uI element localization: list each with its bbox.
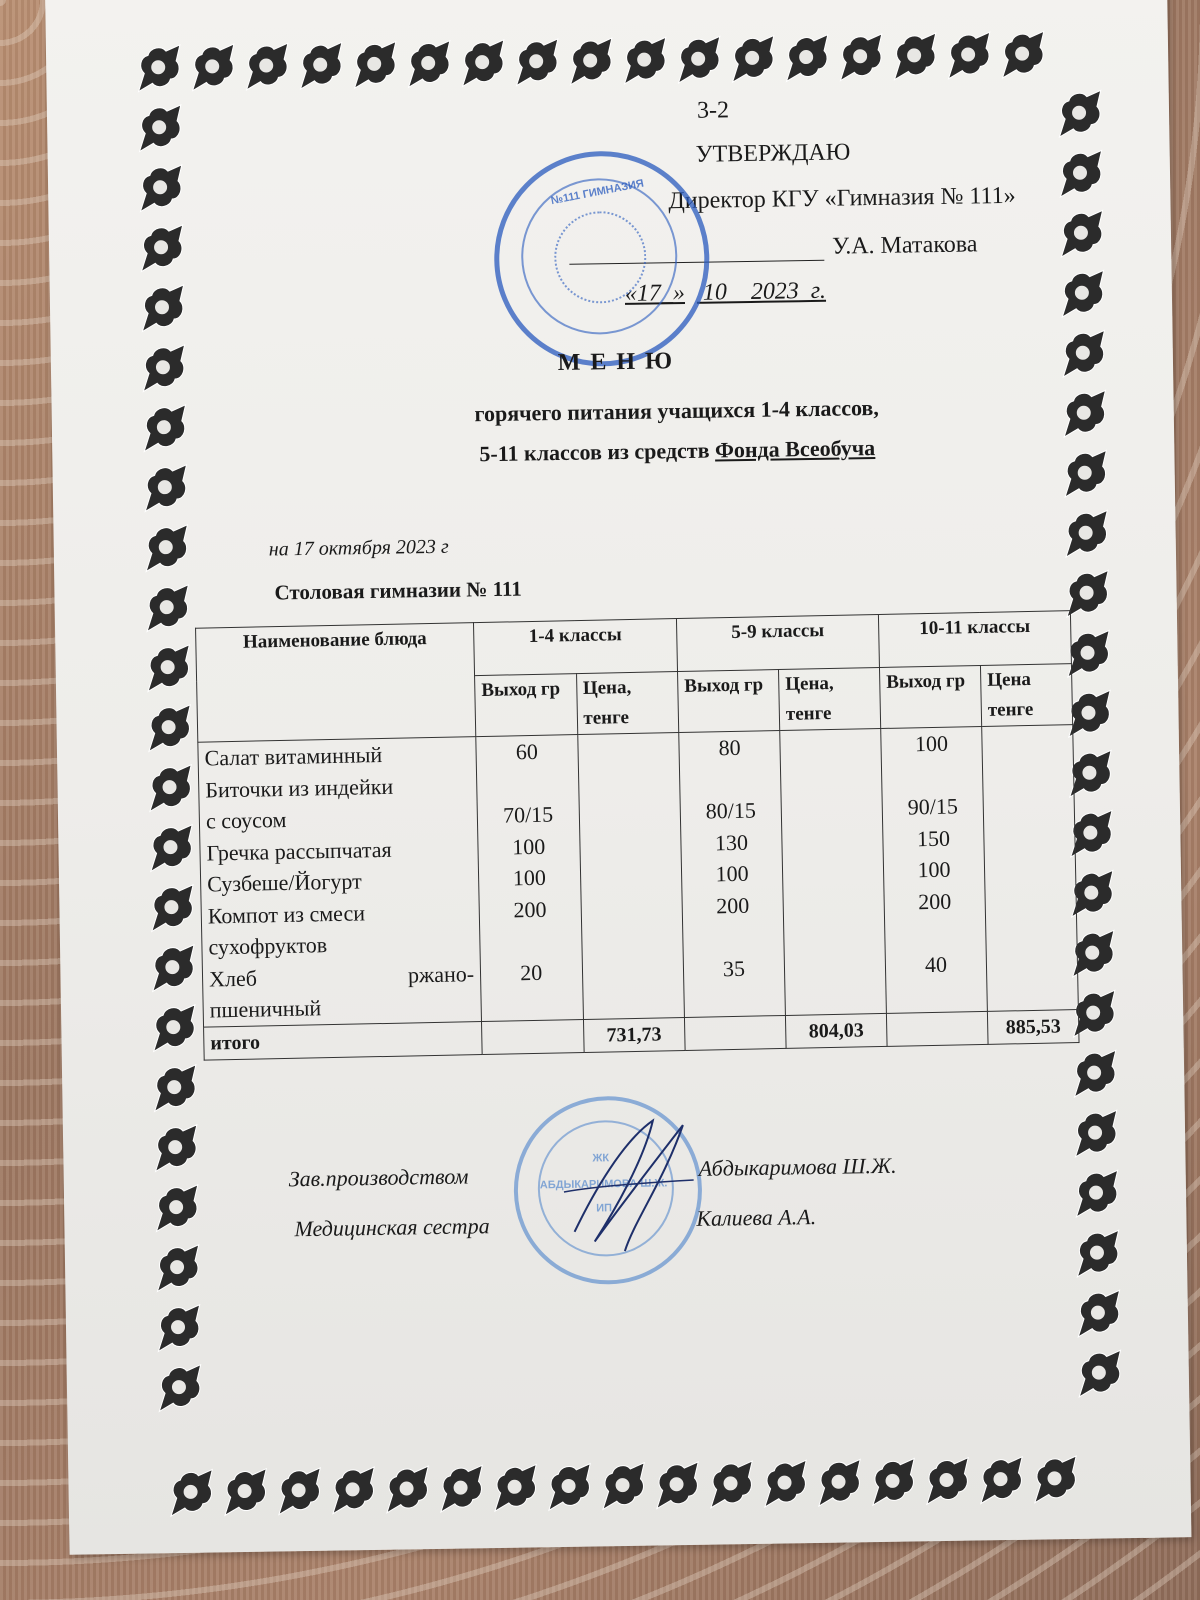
flower-ornament-icon: [784, 33, 831, 84]
flower-ornament-icon: [600, 1461, 647, 1512]
flower-ornament-icon: [460, 38, 507, 89]
flower-ornament-icon: [168, 1468, 215, 1519]
flower-ornament-icon: [144, 583, 191, 634]
canteen-name: Столовая гимназии № 111: [274, 577, 522, 606]
output-values-10-11: 10090/1515010020040: [881, 726, 988, 1012]
flower-ornament-icon: [1076, 1348, 1123, 1399]
dish-names-cell: Салат витаминныйБиточки из индейкис соус…: [198, 737, 482, 1027]
output-value: 100: [484, 830, 573, 863]
flower-ornament-icon: [136, 43, 183, 94]
signature-scribble: [553, 1100, 695, 1262]
dish-name-line: Хлебржано-: [209, 958, 475, 995]
price-header-1-4: Цена, тенге: [576, 672, 679, 735]
price-header-5-9: Цена, тенге: [778, 667, 880, 730]
approval-year-suffix: г.: [811, 278, 826, 304]
flower-ornament-icon: [147, 763, 194, 814]
flower-ornament-icon: [150, 943, 197, 994]
flower-ornament-icon: [139, 223, 186, 274]
group-header-10-11: 10-11 классы: [878, 611, 1071, 668]
flower-ornament-icon: [622, 35, 669, 86]
flower-ornament-icon: [155, 1243, 202, 1294]
flower-ornament-icon: [1000, 29, 1047, 80]
output-value: 80: [685, 731, 774, 764]
total-price-10-11: 885,53: [987, 1009, 1079, 1044]
flower-ornament-icon: [946, 30, 993, 81]
flower-ornament-icon: [892, 31, 939, 82]
menu-subtitle-1: горячего питания учащихся 1-4 классов,: [52, 388, 1200, 434]
output-value: 150: [889, 822, 978, 855]
flower-ornament-icon: [762, 1458, 809, 1509]
menu-date: на 17 октября 2023 г: [269, 536, 449, 562]
flower-ornament-icon: [492, 1462, 539, 1513]
flower-ornament-icon: [190, 42, 237, 93]
flower-ornament-icon: [406, 39, 453, 90]
flower-ornament-icon: [676, 34, 723, 85]
flower-ornament-icon: [146, 703, 193, 754]
ornament-border-bottom: [168, 1454, 1087, 1518]
total-output-1-4: [481, 1019, 583, 1054]
output-value: 90/15: [888, 790, 977, 823]
flower-ornament-icon: [244, 41, 291, 92]
price-cell-10-11: [982, 725, 1079, 1011]
flower-ornament-icon: [156, 1303, 203, 1354]
flower-ornament-icon: [1075, 1228, 1122, 1279]
output-value: [686, 763, 775, 796]
document-serial: 3-2: [697, 97, 729, 124]
flower-ornament-icon: [148, 823, 195, 874]
flower-ornament-icon: [138, 163, 185, 214]
director-name: У.А. Матакова: [832, 231, 978, 259]
output-header-5-9: Выход гр: [678, 670, 780, 733]
flower-ornament-icon: [384, 1464, 431, 1515]
output-value: 80/15: [687, 794, 776, 827]
menu-sheet: 3-2 УТВЕРЖДАЮ Директор КГУ «Гимназия № 1…: [45, 0, 1191, 1555]
output-value: [891, 916, 980, 949]
flower-ornament-icon: [145, 643, 192, 694]
approval-year: 2023: [751, 278, 799, 305]
total-price-5-9: 804,03: [785, 1013, 887, 1048]
flower-ornament-icon: [352, 39, 399, 90]
dish-name-header: Наименование блюда: [196, 623, 476, 743]
ornament-border-left: [137, 103, 204, 1424]
output-value: 100: [485, 861, 574, 894]
flower-ornament-icon: [1060, 268, 1107, 319]
menu-subtitle-2: 5-11 классов из средств Фонда Всеобуча: [52, 428, 1200, 474]
flower-ornament-icon: [568, 36, 615, 87]
output-header-10-11: Выход гр: [879, 665, 981, 728]
output-value: 20: [487, 956, 576, 989]
output-header-1-4: Выход гр: [475, 674, 578, 737]
flower-ornament-icon: [546, 1462, 593, 1513]
flower-ornament-icon: [816, 1457, 863, 1508]
flower-ornament-icon: [1058, 148, 1105, 199]
school-seal-stamp: №111 ГИМНАЗИЯ: [493, 150, 711, 368]
flower-ornament-icon: [149, 883, 196, 934]
flower-ornament-icon: [276, 1466, 323, 1517]
output-value: 200: [890, 885, 979, 918]
output-value: 200: [485, 893, 574, 926]
flower-ornament-icon: [654, 1460, 701, 1511]
flower-ornament-icon: [978, 1455, 1025, 1506]
output-value: [483, 767, 572, 800]
group-header-1-4: 1-4 классы: [473, 619, 677, 676]
flower-ornament-icon: [1072, 1048, 1119, 1099]
flower-ornament-icon: [514, 37, 561, 88]
flower-ornament-icon: [1063, 508, 1110, 559]
output-value: 200: [688, 889, 777, 922]
ornament-border-top: [136, 29, 1055, 93]
total-output-10-11: [886, 1011, 988, 1046]
output-value: [888, 759, 977, 792]
flower-ornament-icon: [1064, 568, 1111, 619]
production-manager-role: Зав.производством: [289, 1163, 469, 1192]
flower-ornament-icon: [140, 283, 187, 334]
fund-name: Фонда Всеобуча: [715, 435, 876, 463]
table-body-row: Салат витаминныйБиточки из индейкис соус…: [198, 725, 1079, 1027]
flower-ornament-icon: [137, 103, 184, 154]
flower-ornament-icon: [924, 1456, 971, 1507]
price-cell-1-4: [577, 733, 684, 1019]
menu-table: Наименование блюда 1-4 классы 5-9 классы…: [195, 610, 1080, 1060]
total-output-5-9: [684, 1015, 786, 1050]
flower-ornament-icon: [330, 1465, 377, 1516]
output-value: 100: [890, 853, 979, 886]
flower-ornament-icon: [1057, 88, 1104, 139]
flower-ornament-icon: [1032, 1454, 1079, 1505]
flower-ornament-icon: [1059, 208, 1106, 259]
output-value: [486, 924, 575, 957]
production-manager-name: Абдыкаримова Ш.Ж.: [698, 1153, 896, 1182]
nurse-role: Медицинская сестра: [294, 1213, 490, 1242]
director-title: Директор КГУ «Гимназия № 111»: [668, 183, 1016, 215]
output-values-5-9: 8080/1513010020035: [679, 731, 786, 1017]
flower-ornament-icon: [151, 1003, 198, 1054]
flower-ornament-icon: [708, 1459, 755, 1510]
output-values-1-4: 6070/1510010020020: [476, 735, 583, 1021]
output-value: 40: [892, 948, 981, 981]
output-value: 100: [887, 727, 976, 760]
flower-ornament-icon: [154, 1183, 201, 1234]
flower-ornament-icon: [157, 1363, 204, 1414]
flower-ornament-icon: [152, 1063, 199, 1114]
flower-ornament-icon: [1065, 628, 1112, 679]
output-value: 35: [690, 952, 779, 985]
total-price-1-4: 731,73: [583, 1017, 685, 1052]
flower-ornament-icon: [730, 34, 777, 85]
flower-ornament-icon: [1076, 1288, 1123, 1339]
output-value: [689, 920, 778, 953]
flower-ornament-icon: [438, 1463, 485, 1514]
flower-ornament-icon: [298, 40, 345, 91]
flower-ornament-icon: [1073, 1108, 1120, 1159]
subtitle-prefix: 5-11 классов из средств: [479, 438, 715, 467]
total-label: итого: [204, 1021, 483, 1060]
flower-ornament-icon: [838, 32, 885, 83]
approval-heading: УТВЕРЖДАЮ: [695, 139, 850, 168]
output-value: 60: [482, 735, 571, 768]
flower-ornament-icon: [222, 1467, 269, 1518]
price-header-10-11: Цена тенге: [980, 664, 1072, 727]
flower-ornament-icon: [870, 1456, 917, 1507]
group-header-5-9: 5-9 классы: [676, 615, 879, 672]
dish-name-line: пшеничный: [209, 989, 475, 1026]
output-value: 100: [688, 857, 777, 890]
flower-ornament-icon: [143, 523, 190, 574]
price-cell-5-9: [780, 728, 887, 1014]
output-value: 70/15: [484, 798, 573, 831]
flower-ornament-icon: [1074, 1168, 1121, 1219]
output-value: 130: [687, 826, 776, 859]
flower-ornament-icon: [153, 1123, 200, 1174]
nurse-name: Калиева А.А.: [696, 1204, 816, 1232]
